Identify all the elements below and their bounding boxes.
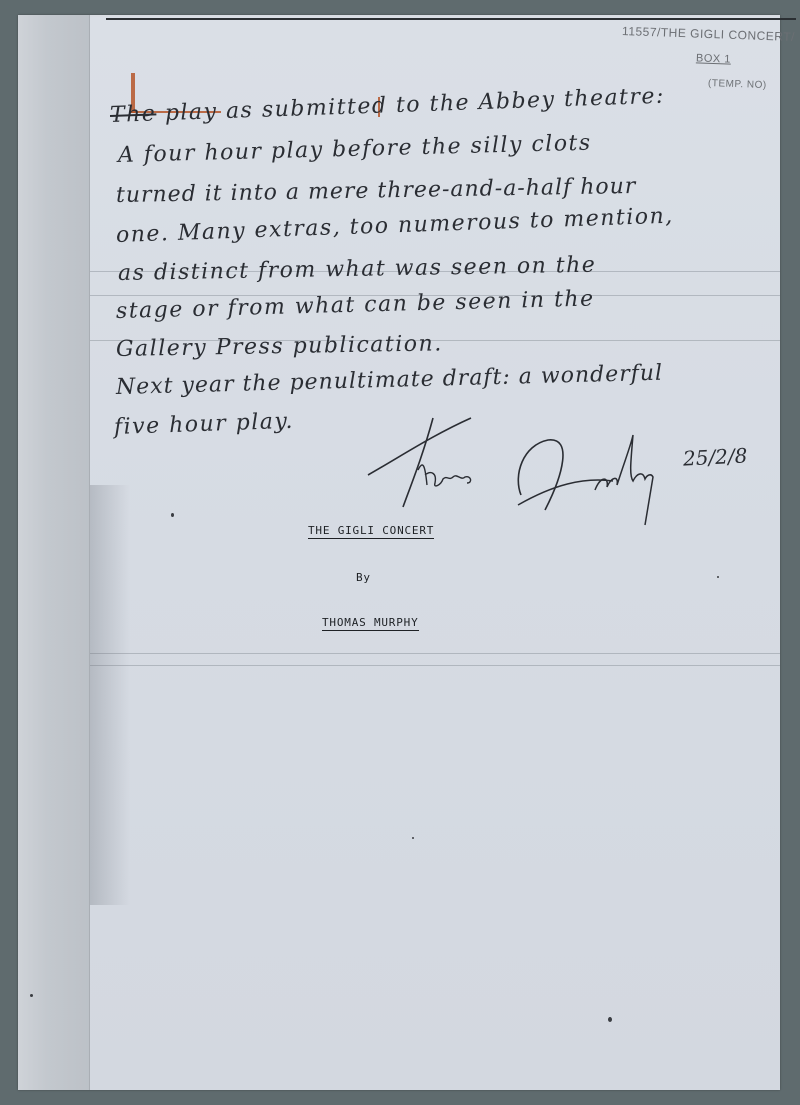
ink-speck: [30, 994, 33, 997]
signature: [363, 415, 683, 530]
ink-speck: [608, 1017, 612, 1022]
photocopy-line: [90, 665, 780, 666]
ink-speck: [171, 513, 174, 517]
page-shadow: [90, 485, 130, 905]
ink-speck: [717, 576, 719, 578]
struck-word: The: [110, 101, 157, 128]
archive-temp-no: (TEMP. NO): [708, 78, 767, 91]
top-rule-line: [106, 18, 796, 20]
byline: By: [356, 571, 371, 584]
play-title: THE GIGLI CONCERT: [308, 524, 434, 539]
archive-box-label: BOX 1: [696, 52, 731, 65]
signature-date: 25/2/8: [682, 443, 748, 470]
photocopy-line: [90, 653, 780, 654]
underlying-sheet-edge: [18, 15, 90, 1090]
document-page: 11557/THE GIGLI CONCERT/ BOX 1 (TEMP. NO…: [18, 15, 780, 1090]
ink-speck: [412, 837, 414, 839]
archive-box: BOX 1: [696, 52, 731, 65]
author-name: THOMAS MURPHY: [322, 616, 419, 631]
